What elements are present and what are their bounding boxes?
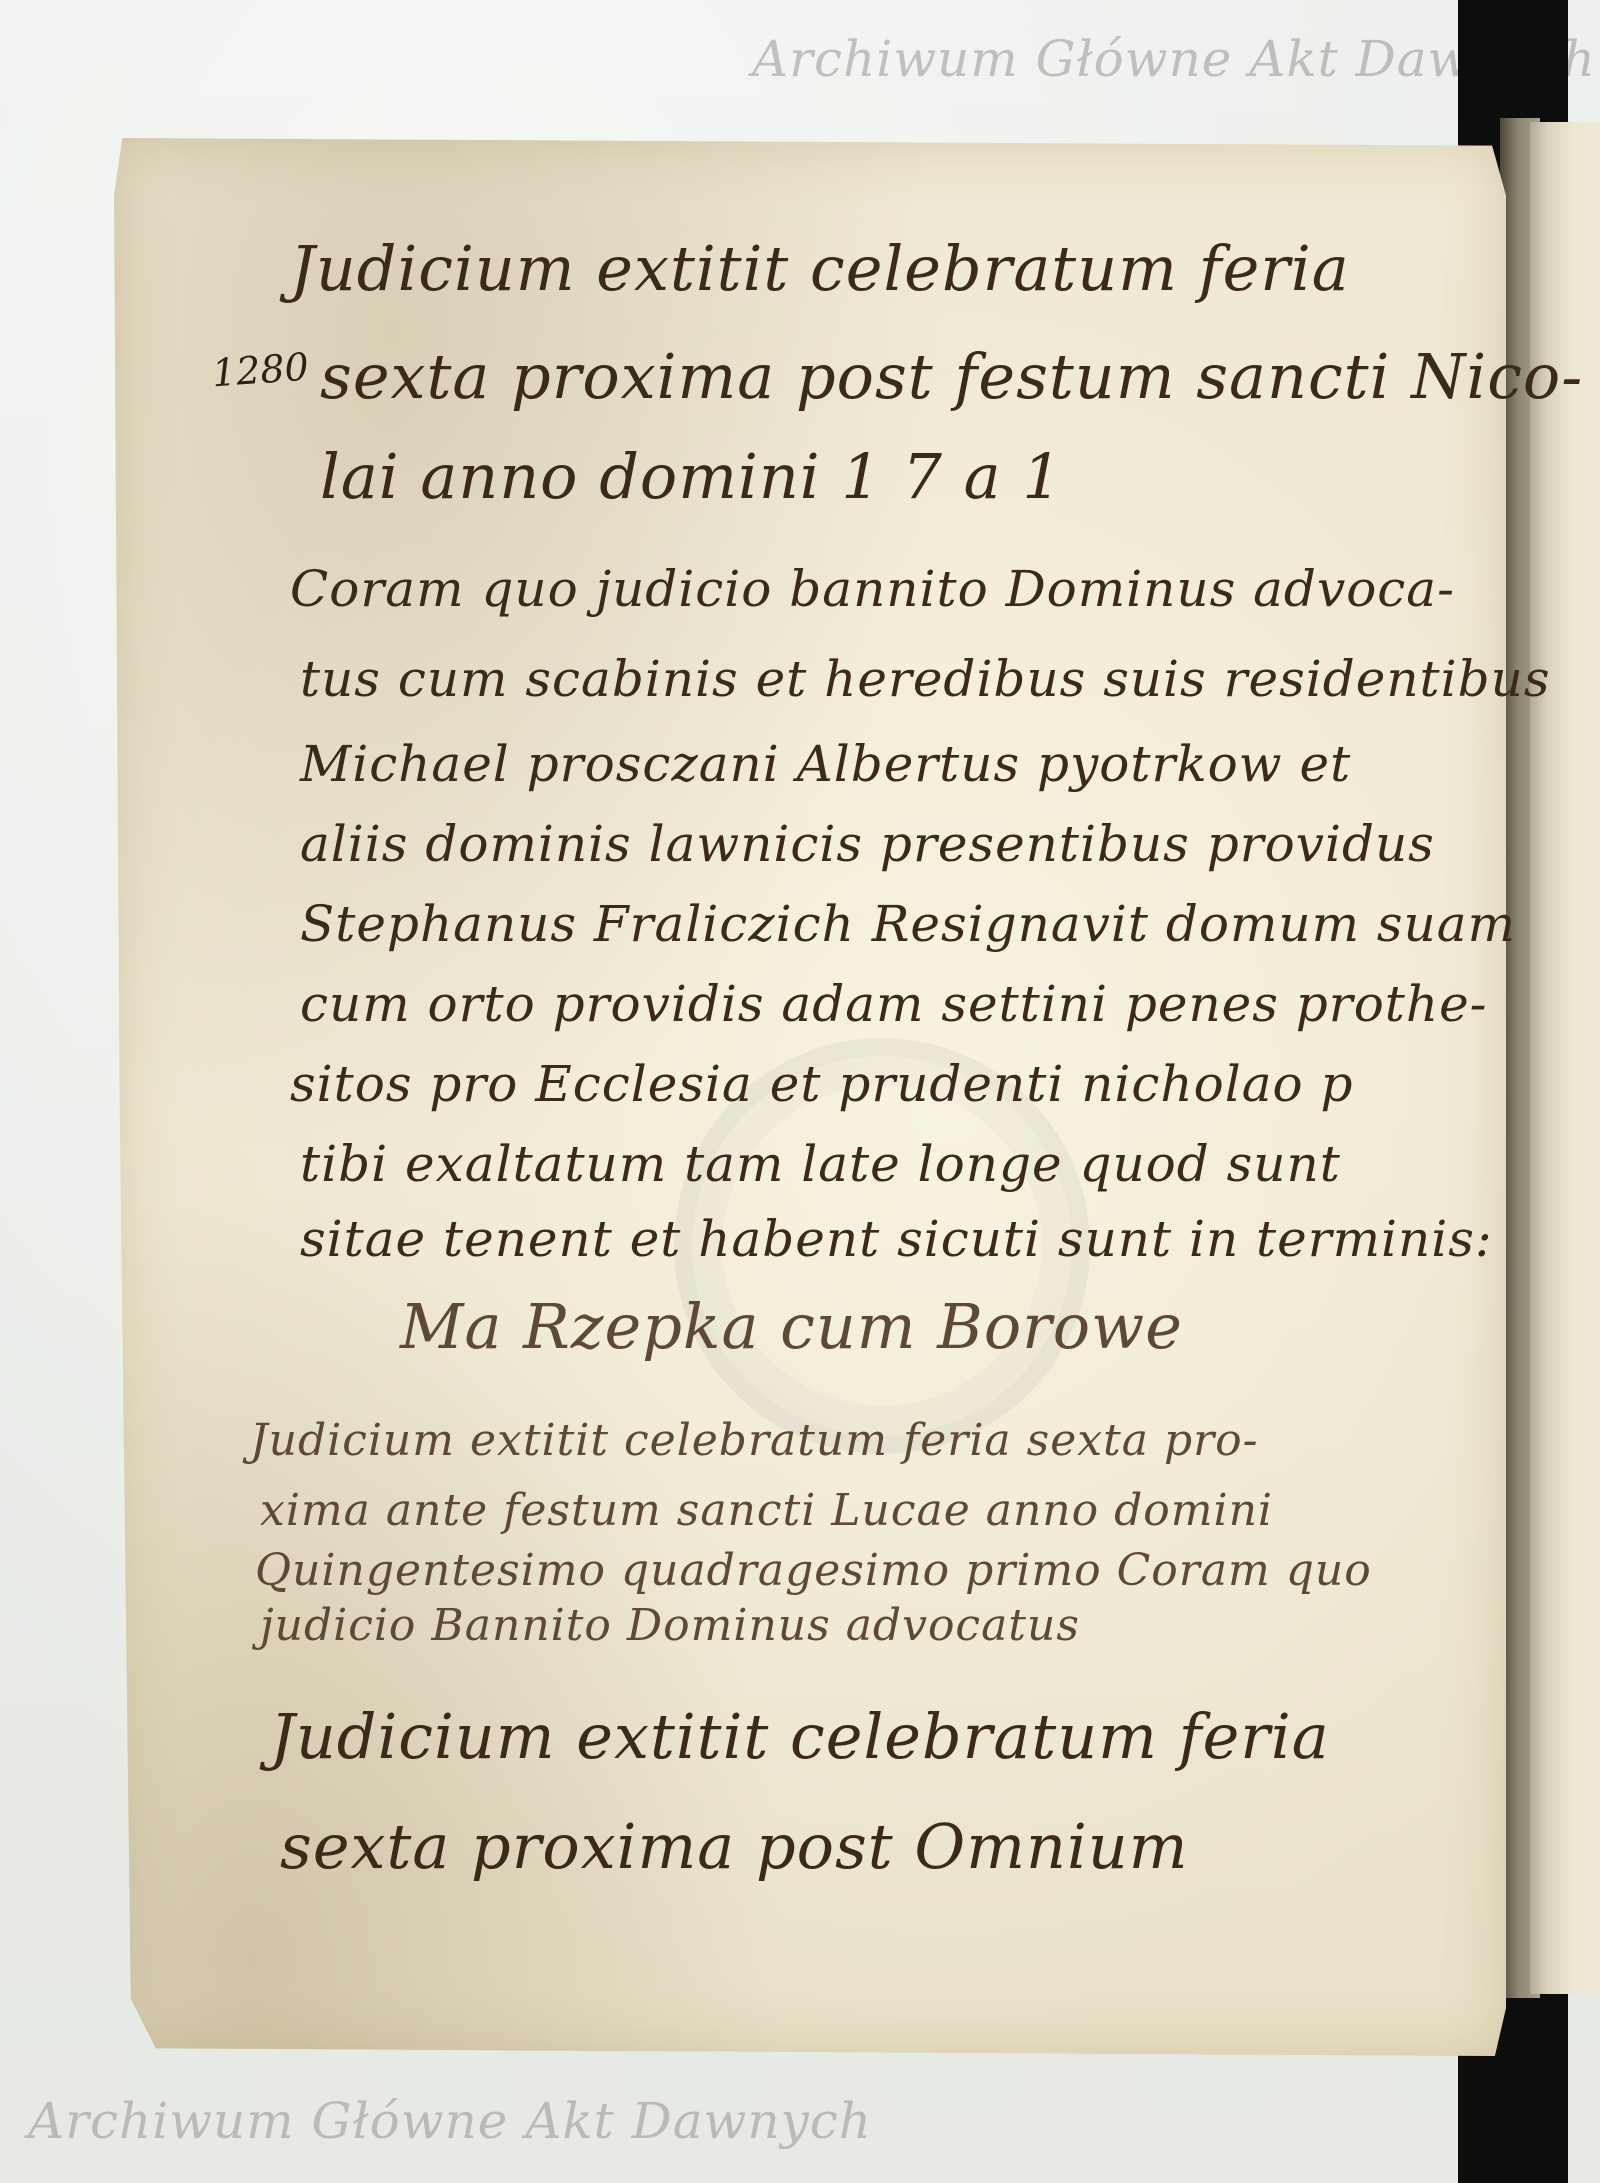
entry-1-body-line-3: Michael prosczani Albertus pyotrkow et bbox=[300, 735, 1351, 793]
entry-1-body-line-4: aliis dominis lawnicis presentibus provi… bbox=[300, 815, 1435, 873]
entry-3-heading-line-1: Judicium extitit celebratum feria bbox=[270, 1700, 1330, 1773]
folio-number: 1280 bbox=[211, 345, 311, 396]
entry-1-body-line-2: tus cum scabinis et heredibus suis resid… bbox=[300, 650, 1551, 708]
entry-1-body-line-6: cum orto providis adam settini penes pro… bbox=[300, 975, 1488, 1033]
entry-1-body-line-1: Coram quo judicio bannito Dominus advoca… bbox=[290, 560, 1455, 618]
entry-2-body-line-2: xima ante festum sancti Lucae anno domin… bbox=[260, 1485, 1273, 1536]
entry-1-body-line-7: sitos pro Ecclesia et prudenti nicholao … bbox=[290, 1055, 1354, 1113]
entry-1-body-line-5: Stephanus Fraliczich Resignavit domum su… bbox=[300, 895, 1516, 953]
entry-1-body-line-9: sitae tenent et habent sicuti sunt in te… bbox=[300, 1210, 1493, 1268]
archive-watermark-bottom: Archiwum Główne Akt Dawnych bbox=[28, 2092, 872, 2150]
entry-1-heading-line-2: sexta proxima post festum sancti Nico- bbox=[320, 340, 1583, 413]
entry-1-heading-line-1: Judicium extitit celebratum feria bbox=[290, 232, 1350, 305]
entry-1-heading-line-3: lai anno domini 1 7 a 1 bbox=[320, 440, 1063, 513]
entry-2-body-line-4: judicio Bannito Dominus advocatus bbox=[260, 1600, 1080, 1651]
entry-3-heading-line-2: sexta proxima post Omnium bbox=[280, 1810, 1189, 1883]
entry-2-heading: Ma Rzepka cum Borowe bbox=[400, 1290, 1183, 1363]
entry-1-body-line-8: tibi exaltatum tam late longe quod sunt bbox=[300, 1135, 1341, 1193]
entry-2-body-line-1: Judicium extitit celebratum feria sexta … bbox=[250, 1415, 1259, 1466]
entry-2-body-line-3: Quingentesimo quadragesimo primo Coram q… bbox=[255, 1545, 1372, 1596]
